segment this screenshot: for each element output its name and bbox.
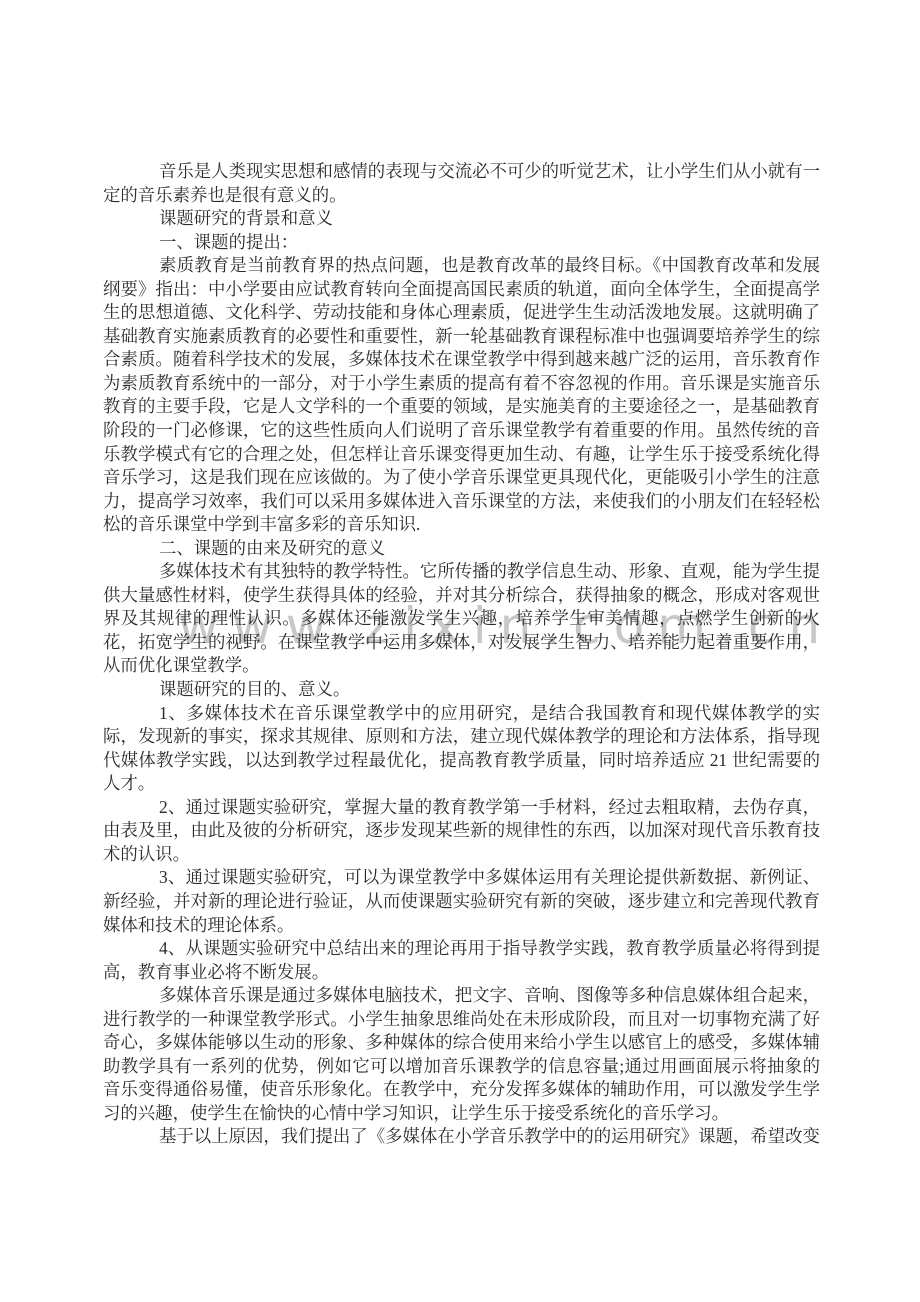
paragraph: 3、通过课题实验研究，可以为课堂教学中多媒体运用有关理论提供新数据、新例证、新经… (103, 866, 820, 937)
paragraph: 多媒体音乐课是通过多媒体电脑技术，把文字、音响、图像等多种信息媒体组合起来，进行… (103, 984, 820, 1125)
paragraph: 素质教育是当前教育界的热点问题，也是教育改革的最终目标。《中国教育改革和发展纲要… (103, 254, 820, 537)
paragraph: 多媒体技术有其独特的教学特性。它所传播的教学信息生动、形象、直观，能为学生提供大… (103, 560, 820, 678)
paragraph: 2、通过课题实验研究，掌握大量的教育教学第一手材料，经过去粗取精，去伪存真，由表… (103, 796, 820, 867)
document-page: www.zixin.com.cn 音乐是人类现实思想和感情的表现与交流必不可少的… (0, 0, 920, 1302)
paragraph: 二、课题的由来及研究的意义 (103, 537, 820, 561)
paragraph: 基于以上原因，我们提出了《多媒体在小学音乐教学中的的运用研究》课题，希望改变 (103, 1125, 820, 1149)
paragraph: 4、从课题实验研究中总结出来的理论再用于指导教学实践，教育教学质量必将得到提高，… (103, 937, 820, 984)
paragraph: 1、多媒体技术在音乐课堂教学中的应用研究，是结合我国教育和现代媒体教学的实际，发… (103, 702, 820, 796)
paragraph: 音乐是人类现实思想和感情的表现与交流必不可少的听觉艺术，让小学生们从小就有一定的… (103, 160, 820, 207)
document-body: 音乐是人类现实思想和感情的表现与交流必不可少的听觉艺术，让小学生们从小就有一定的… (103, 160, 820, 1149)
paragraph: 课题研究的目的、意义。 (103, 678, 820, 702)
paragraph: 课题研究的背景和意义 (103, 207, 820, 231)
paragraph: 一、课题的提出： (103, 231, 820, 255)
